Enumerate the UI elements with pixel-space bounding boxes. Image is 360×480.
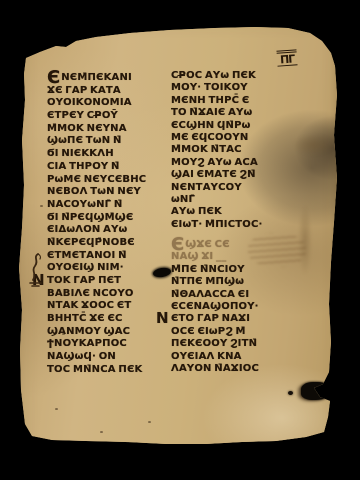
manuscript-line: ΟΥΟΙΚΟΝΟΜΙΑ (47, 97, 169, 110)
margin-initial-letter: Ν (156, 311, 169, 326)
manuscript-line: ϮΝΟΥΚΑΡΠΟС (47, 338, 169, 351)
manuscript-line: ΑΥω ΠЄΚ (171, 206, 311, 218)
line-text: ϢΑΝΜΟΥ ϢΑС (47, 326, 130, 337)
manuscript-line: ΝЄΒΟΛ ΤωΝ ΝЄΥ (47, 186, 169, 199)
line-text: ΤΟΚ ΓΑΡ ΠЄΤ (47, 275, 121, 286)
line-text: ΝΤΑΚ ϪΟΟС ЄΤ (47, 300, 131, 311)
line-text: ΝΑϢ ϪΙ __ (171, 251, 226, 262)
line-text: СΡ̶ΟС ΑΥω ΠЄΚ (171, 70, 256, 81)
manuscript-line: ЄΙΔωΛΟΝ ΑΥω (47, 224, 169, 237)
line-text: ΠЄΚЄΟΟΥ ϨΙΤΝ̄ (171, 338, 257, 349)
manuscript-line: Μ̄ΠЄ Ν̄ΝСΙΟΥ (171, 264, 311, 276)
line-text: ΝЄΜ̄ΠЄΚΑΝΙ (61, 72, 132, 83)
text-column-left: ЄΝЄΜ̄ΠЄΚΑΝΙϪЄ ΓΑΡ ΚΑΤΑΟΥΟΙΚΟΝΟΜΙΑЄΤΡЄΥ С… (47, 72, 169, 377)
folio-number: ΠΓ (276, 49, 297, 66)
manuscript-line: ΜЄ ЄϤСΟΟΥΝ (171, 132, 311, 144)
line-text: Μ̄ΜΟΚ ΝЄΥΝΑ (47, 123, 127, 134)
ink-speck (40, 205, 43, 207)
line-text: ЄСϢΗΝ ϤΝ̄Ρω (171, 120, 251, 131)
line-text: ΒΗΗΤС̄ ϪЄ ЄС (47, 313, 123, 324)
burn-spot (288, 391, 293, 395)
manuscript-line: ΟΥЄΙΑΛ ΚΝΑ (171, 351, 311, 363)
manuscript-line: ΟΥΟЄΙϢ ΝΙΜ· (47, 262, 169, 275)
line-text: ωΝΓ̄ (171, 194, 195, 205)
photo-canvas: ΠΓ ЄΝЄΜ̄ΠЄΚΑΝΙϪЄ ΓΑΡ ΚΑΤΑΟΥΟΙΚΟΝΟΜΙΑЄΤΡЄ… (0, 0, 360, 480)
coronis-paragraph-mark (27, 252, 44, 292)
manuscript-line: ΤΟС ΜΝ̄ΝСΑ ΠЄΚ (47, 364, 169, 377)
line-text: ЄΤΜЄΤΑΝΟΙ Ν̄ (47, 250, 127, 261)
line-text: ΟΥΟΙΚΟΝΟΜΙΑ (47, 97, 132, 108)
manuscript-line: ΛΑΥΟΝ Ν̄ΑϪΙΟС (171, 363, 311, 375)
ink-speck (55, 408, 58, 410)
manuscript-line: ΜΟΥ· ΤΟΙΚΟΥ (171, 82, 311, 94)
manuscript-line: ЄΤΜЄΤΑΝΟΙ Ν̄ (47, 250, 169, 263)
text-column-right: СΡ̶ΟС ΑΥω ΠЄΚΜΟΥ· ΤΟΙΚΟΥΜЄΝΗ ΤΗΡС̄ ЄΤΟ Ν… (171, 70, 311, 375)
manuscript-line: ΝΤΑΚ ϪΟΟС ЄΤ (47, 300, 169, 313)
line-text: ϮΝΟΥΚΑΡΠΟС (47, 338, 127, 349)
line-text: ΛΑΥΟΝ Ν̄ΑϪΙΟС (171, 363, 259, 374)
manuscript-line: ϢωΠЄ ΤωΝ Ν̄ (47, 135, 169, 148)
line-text: Μ̄ΜΟΚ Ν̄ΤΑС (171, 144, 242, 155)
manuscript-line: ωΝΓ̄ (171, 194, 311, 206)
manuscript-line: ΝΑСΟΥωΝΓ̄ Ν̄ (47, 199, 169, 212)
line-text: Ν̄ΤΠЄ ΜΠϢω (171, 276, 244, 287)
line-text: ΜЄΝΗ ΤΗΡС̄ Є (171, 95, 249, 106)
line-text: ΟΥΟЄΙϢ ΝΙΜ· (47, 262, 124, 273)
manuscript-line: ΠЄΚЄΟΟΥ ϨΙΤΝ̄ (171, 338, 311, 350)
line-text: ϬΙ Ν̄ΡЄϤϢΜ̄ϢЄ (47, 212, 133, 223)
ink-speck (62, 333, 65, 335)
manuscript-line: ΡωΜЄ ΝЄΥСЄΒΗС (47, 174, 169, 187)
manuscript-line: ЄϢϪЄ СЄ (171, 239, 311, 251)
manuscript-line: ϪЄ ΓΑΡ ΚΑΤΑ (47, 85, 169, 98)
line-text: ϪЄ ΓΑΡ ΚΑΤΑ (47, 85, 121, 96)
manuscript-line: Ν̄ΚЄΡЄϤΡ̄ΝΟΒЄ (47, 237, 169, 250)
line-text: ΡωΜЄ ΝЄΥСЄΒΗС (47, 174, 146, 185)
manuscript-line: ΝΑϢ ϪΙ __ (171, 251, 311, 263)
manuscript-line: ΝЄΝΤΑΥСΟΥ (171, 182, 311, 194)
line-text: ΝΑϢωϤ· ΟΝ (47, 351, 116, 362)
line-text: ΝЄΝΤΑΥСΟΥ (171, 182, 242, 193)
line-text: ЄΙΔωΛΟΝ ΑΥω (47, 224, 127, 235)
manuscript-line: ΝΑϢωϤ· ΟΝ (47, 351, 169, 364)
manuscript-line: ΤΟ Ν̄ϪΑΙЄ ΑΥω (171, 107, 311, 119)
manuscript-line: ЄΤΡЄΥ СΡ̶ΟῩ (47, 110, 169, 123)
manuscript-line: ЄСЄΝΑϢΟΠΟΥ· (171, 301, 311, 313)
manuscript-line: ΜЄΝΗ ΤΗΡС̄ Є (171, 95, 311, 107)
manuscript-line: СΡ̶ΟС ΑΥω ΠЄΚ (171, 70, 311, 82)
manuscript-line: ϬΙ ΝΙЄΚΚΛΗ (47, 148, 169, 161)
line-text: ЄΤΟ ΓΑΡ ΝΑϪΙ (171, 313, 250, 324)
line-text: ϢΑΙ ЄΜΑΤЄ ϨΝ̄ (171, 169, 256, 180)
line-text: ΤΟС ΜΝ̄ΝСΑ ΠЄΚ (47, 364, 142, 375)
ink-speck (148, 421, 151, 423)
line-text: ΝЄΒΟΛ ΤωΝ ΝЄΥ (47, 186, 141, 197)
line-text: ϬΙ ΝΙЄΚΚΛΗ (47, 148, 114, 159)
manuscript-line: ϢΑΝΜΟΥ ϢΑС (47, 326, 169, 339)
manuscript-line: Μ̄ΜΟΚ Ν̄ΤΑС (171, 144, 311, 156)
manuscript-line: Ν̄ΤΠЄ ΜΠϢω (171, 276, 311, 288)
parchment-page: ΠΓ ЄΝЄΜ̄ΠЄΚΑΝΙϪЄ ΓΑΡ ΚΑΤΑΟΥΟΙΚΟΝΟΜΙΑЄΤΡЄ… (0, 0, 360, 480)
line-text: Μ̄ΠЄ Ν̄ΝСΙΟΥ (171, 264, 245, 275)
line-text: ΝΑСΟΥωΝΓ̄ Ν̄ (47, 199, 122, 210)
manuscript-line: ЄΝЄΜ̄ΠЄΚΑΝΙ (47, 72, 169, 85)
manuscript-line: ΟСЄ ЄΙωΡϨ Μ̄ (171, 326, 311, 338)
line-text: ϢωΠЄ ΤωΝ Ν̄ (47, 135, 122, 146)
manuscript-line: ϢΑΙ ЄΜΑΤЄ ϨΝ̄ (171, 169, 311, 181)
line-text: ΒΑΒΙΛЄ ΝСΟΥΟ (47, 288, 134, 299)
ink-speck (100, 431, 103, 433)
line-text: ЄΙωΤ· Μ̄ΠΙСΤΟС· (171, 219, 263, 230)
line-text: ΜΟΥϨ ΑΥω ΑСΑ (171, 157, 258, 168)
manuscript-line: Μ̄ΜΟΚ ΝЄΥΝΑ (47, 123, 169, 136)
line-text: ЄΤΡЄΥ СΡ̶ΟῩ (47, 110, 118, 121)
edge-tear-damage (301, 382, 332, 400)
line-text: ΤΟ Ν̄ϪΑΙЄ ΑΥω (171, 107, 252, 118)
line-text: ΜΟΥ· ΤΟΙΚΟΥ (171, 82, 248, 93)
manuscript-line: ΒΑΒΙΛЄ ΝСΟΥΟ (47, 288, 169, 301)
line-text: ΟΥЄΙΑΛ ΚΝΑ (171, 351, 242, 362)
line-text: ΑΥω ΠЄΚ (171, 206, 222, 217)
manuscript-line: ΝЄΤΟ ΓΑΡ ΝΑϪΙ (171, 313, 311, 325)
line-text: Ν̄ΚЄΡЄϤΡ̄ΝΟΒЄ (47, 237, 135, 248)
manuscript-line: ΜΟΥϨ ΑΥω ΑСΑ (171, 157, 311, 169)
line-text: ΟСЄ ЄΙωΡϨ Μ̄ (171, 326, 246, 337)
manuscript-line: Ν̄ΘΑΛΑССΑ ЄΙ (171, 289, 311, 301)
manuscript-line: ЄСϢΗΝ ϤΝ̄Ρω (171, 120, 311, 132)
manuscript-line: СΙΑ ΤΗΡΟΥ Ν̄ (47, 161, 169, 174)
manuscript-line: ΒΗΗΤС̄ ϪЄ ЄС (47, 313, 169, 326)
manuscript-line: ϬΙ Ν̄ΡЄϤϢΜ̄ϢЄ (47, 212, 169, 225)
line-text: Ν̄ΘΑΛΑССΑ ЄΙ (171, 289, 249, 300)
manuscript-line: ΝΤΟΚ ΓΑΡ ΠЄΤ (47, 275, 169, 288)
line-text: ΜЄ ЄϤСΟΟΥΝ (171, 132, 248, 143)
line-text: ϢϪЄ СЄ (185, 239, 230, 250)
line-text: СΙΑ ΤΗΡΟΥ Ν̄ (47, 161, 120, 172)
manuscript-line: ЄΙωΤ· Μ̄ΠΙСΤΟС· (171, 219, 311, 231)
line-text: ЄСЄΝΑϢΟΠΟΥ· (171, 301, 259, 312)
